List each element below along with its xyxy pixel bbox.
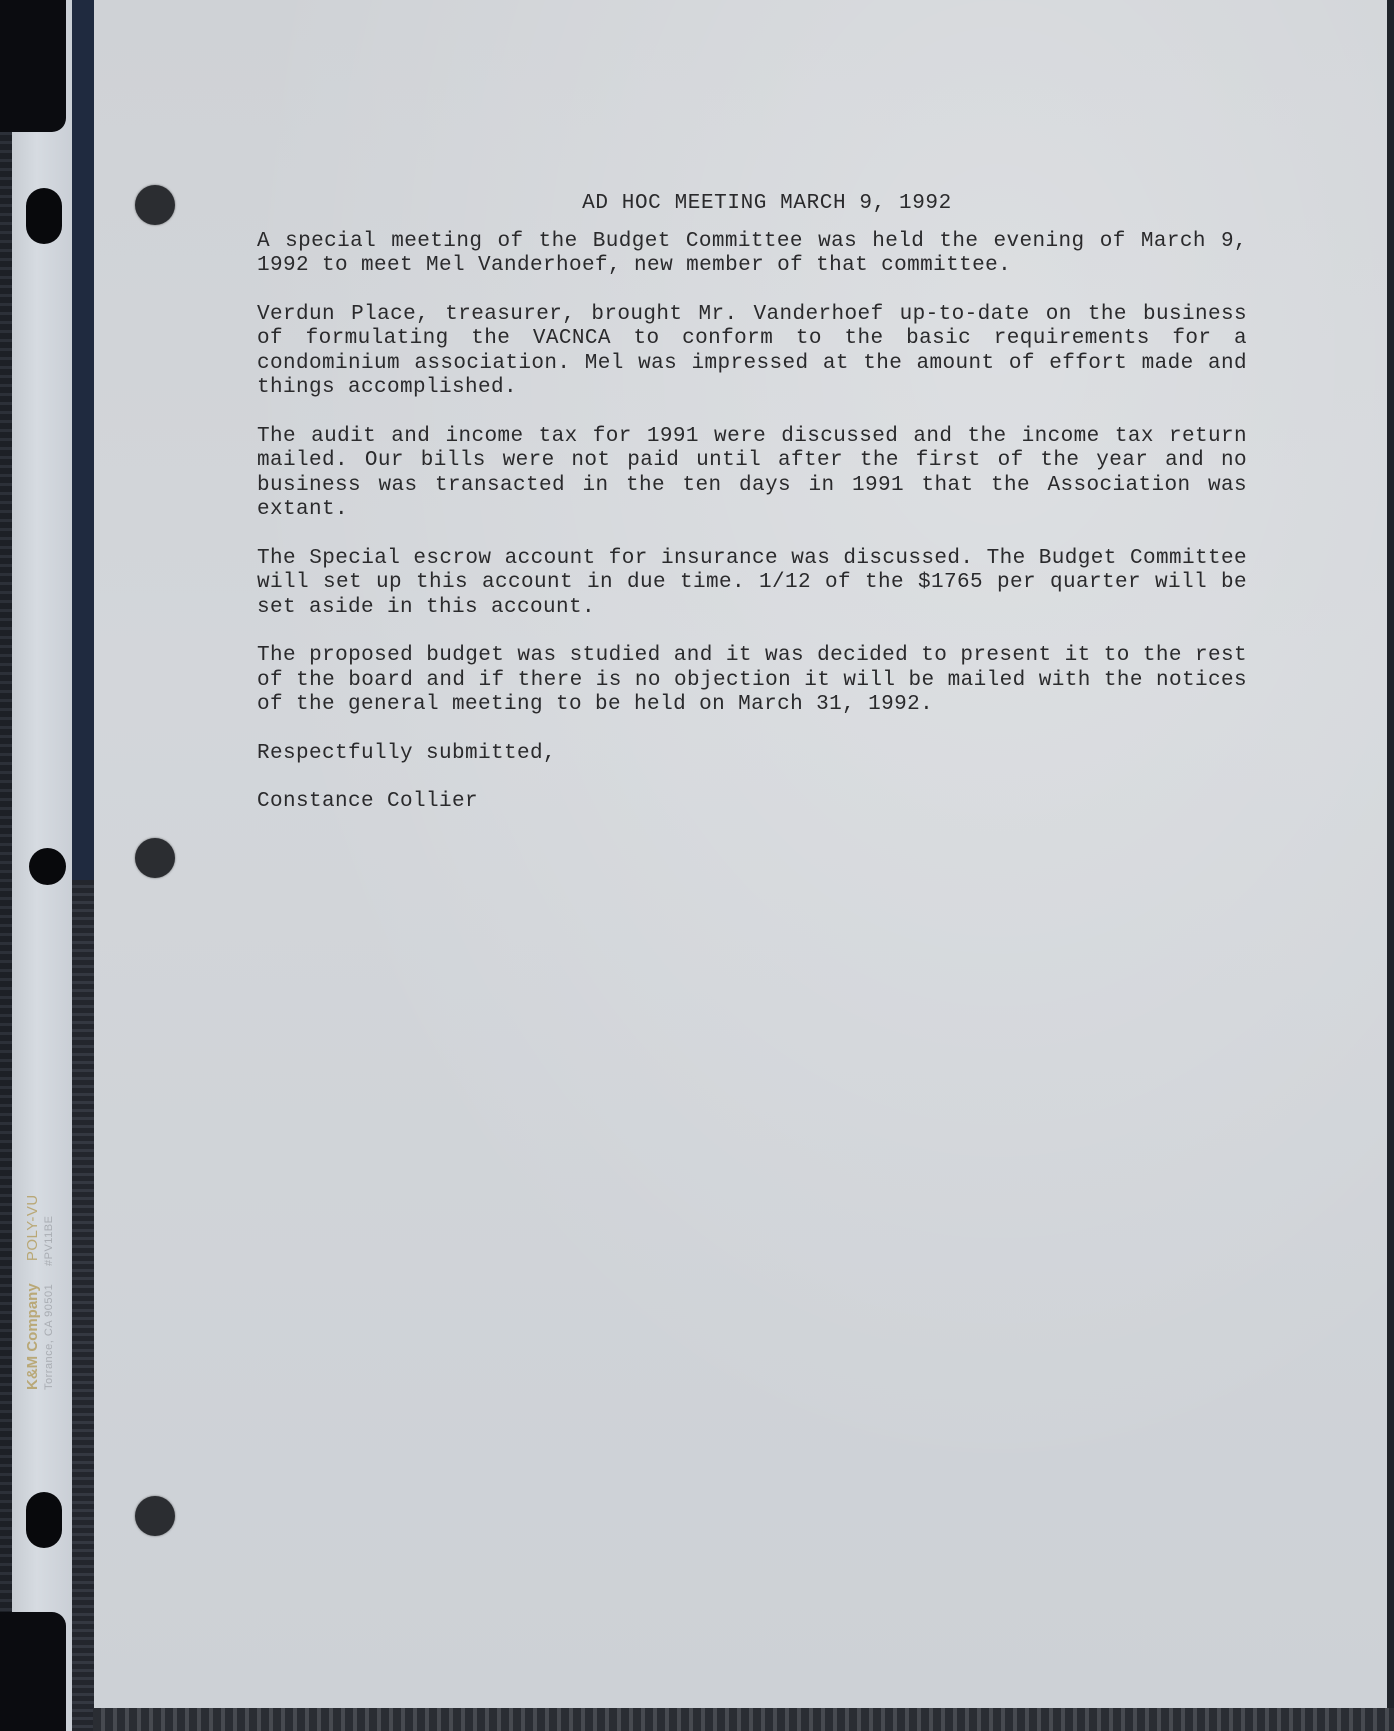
binder-slot-middle (29, 848, 66, 885)
document-title: AD HOC MEETING MARCH 9, 1992 (257, 192, 1247, 217)
paper-right-edge (1387, 0, 1394, 1731)
sheet-protector-edge-top (72, 0, 94, 880)
vendor-address: Torrance, CA 90501 (43, 1284, 55, 1390)
paragraph-proposed-budget: The proposed budget was studied and it w… (257, 644, 1247, 718)
binder-slot-bottom (26, 1492, 62, 1548)
vendor-product: POLY-VU (24, 1194, 41, 1261)
closing-line: Respectfully submitted, (257, 742, 1247, 767)
punch-hole-middle (135, 838, 175, 878)
punch-hole-top (135, 185, 175, 225)
vendor-item-number: #PV11BE (43, 1216, 55, 1266)
paragraph-treasurer-update: Verdun Place, treasurer, brought Mr. Van… (257, 303, 1247, 401)
binder-slot-top (26, 188, 62, 244)
paragraph-intro: A special meeting of the Budget Committe… (257, 230, 1247, 279)
signature: Constance Collier (257, 790, 1247, 815)
meeting-minutes: AD HOC MEETING MARCH 9, 1992 A special m… (257, 192, 1247, 839)
sheet-protector-label: K&M Company POLY-VU Torrance, CA 90501 #… (24, 1060, 64, 1390)
punch-hole-bottom (135, 1496, 175, 1536)
binder-tab-bottom (0, 1612, 66, 1731)
sheet-protector-bottom-edge (93, 1708, 1394, 1731)
paragraph-audit-tax: The audit and income tax for 1991 were d… (257, 425, 1247, 523)
binder-tab-top (0, 0, 66, 132)
vendor-brand: K&M Company (24, 1283, 41, 1390)
paragraph-escrow-account: The Special escrow account for insurance… (257, 547, 1247, 621)
